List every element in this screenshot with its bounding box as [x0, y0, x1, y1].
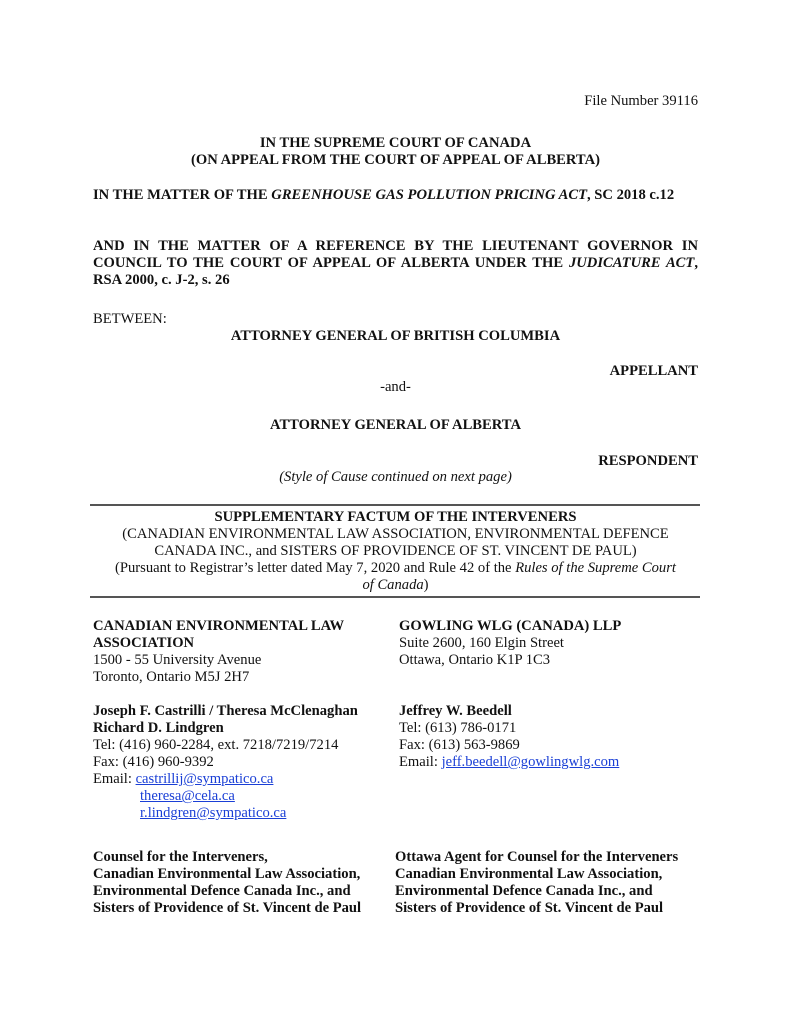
- left-fax: Fax: (416) 960-9392: [93, 754, 393, 771]
- left-address-1: 1500 - 55 University Avenue: [93, 652, 393, 669]
- style-of-cause-note: (Style of Cause continued on next page): [93, 469, 698, 486]
- right-tel: Tel: (613) 786-0171: [399, 720, 699, 737]
- respondent-name: ATTORNEY GENERAL OF ALBERTA: [93, 417, 698, 434]
- factum-title-block: SUPPLEMENTARY FACTUM OF THE INTERVENERS …: [93, 509, 698, 594]
- email-link-beedell[interactable]: jeff.beedell@gowlingwlg.com: [442, 754, 620, 770]
- court-appeal-line: (ON APPEAL FROM THE COURT OF APPEAL OF A…: [93, 152, 698, 169]
- top-rule-divider: [90, 504, 700, 506]
- matter-act-heading: IN THE MATTER OF THE GREENHOUSE GAS POLL…: [93, 187, 698, 204]
- left-address-2: Toronto, Ontario M5J 2H7: [93, 669, 393, 686]
- right-lawyer: Jeffrey W. Beedell: [399, 703, 699, 720]
- right-counsel-role: Ottawa Agent for Counsel for the Interve…: [395, 849, 695, 917]
- factum-title: SUPPLEMENTARY FACTUM OF THE INTERVENERS: [93, 509, 698, 526]
- left-tel: Tel: (416) 960-2284, ext. 7218/7219/7214: [93, 737, 393, 754]
- left-firm-name-cont: ASSOCIATION: [93, 635, 393, 652]
- pursuant-line-2: of Canada): [93, 577, 698, 594]
- counsel-block-right: GOWLING WLG (CANADA) LLP Suite 2600, 160…: [399, 618, 699, 771]
- bottom-rule-divider: [90, 596, 700, 598]
- matter-reference-heading: AND IN THE MATTER OF A REFERENCE BY THE …: [93, 238, 698, 289]
- between-label: BETWEEN:: [93, 311, 167, 328]
- interveners-line-1: (CANADIAN ENVIRONMENTAL LAW ASSOCIATION,…: [93, 526, 698, 543]
- left-email-row: Email: castrillij@sympatico.ca: [93, 771, 393, 788]
- right-fax: Fax: (613) 563-9869: [399, 737, 699, 754]
- right-address-2: Ottawa, Ontario K1P 1C3: [399, 652, 699, 669]
- interveners-line-2: CANADA INC., and SISTERS OF PROVIDENCE O…: [93, 543, 698, 560]
- respondent-role: RESPONDENT: [598, 453, 698, 470]
- email-link-lindgren[interactable]: r.lindgren@sympatico.ca: [140, 805, 286, 821]
- file-number: File Number 39116: [584, 93, 698, 110]
- left-lawyers-2: Richard D. Lindgren: [93, 720, 393, 737]
- pursuant-line: (Pursuant to Registrar’s letter dated Ma…: [93, 560, 698, 577]
- act-name: GREENHOUSE GAS POLLUTION PRICING ACT: [271, 187, 587, 203]
- right-address-1: Suite 2600, 160 Elgin Street: [399, 635, 699, 652]
- appellant-role: APPELLANT: [610, 363, 698, 380]
- court-name: IN THE SUPREME COURT OF CANADA: [93, 135, 698, 152]
- counsel-block-left: CANADIAN ENVIRONMENTAL LAW ASSOCIATION 1…: [93, 618, 393, 822]
- right-email-row: Email: jeff.beedell@gowlingwlg.com: [399, 754, 699, 771]
- left-counsel-role: Counsel for the Interveners, Canadian En…: [93, 849, 393, 917]
- left-lawyers-1: Joseph F. Castrilli / Theresa McClenagha…: [93, 703, 393, 720]
- and-separator: -and-: [93, 379, 698, 396]
- email-link-theresa[interactable]: theresa@cela.ca: [140, 788, 235, 804]
- email-link-castrilli[interactable]: castrillij@sympatico.ca: [136, 771, 274, 787]
- left-firm-name: CANADIAN ENVIRONMENTAL LAW: [93, 618, 393, 635]
- judicature-act-name: JUDICATURE ACT: [569, 255, 694, 271]
- appellant-name: ATTORNEY GENERAL OF BRITISH COLUMBIA: [93, 328, 698, 345]
- right-firm-name: GOWLING WLG (CANADA) LLP: [399, 618, 699, 635]
- court-heading: IN THE SUPREME COURT OF CANADA (ON APPEA…: [93, 135, 698, 169]
